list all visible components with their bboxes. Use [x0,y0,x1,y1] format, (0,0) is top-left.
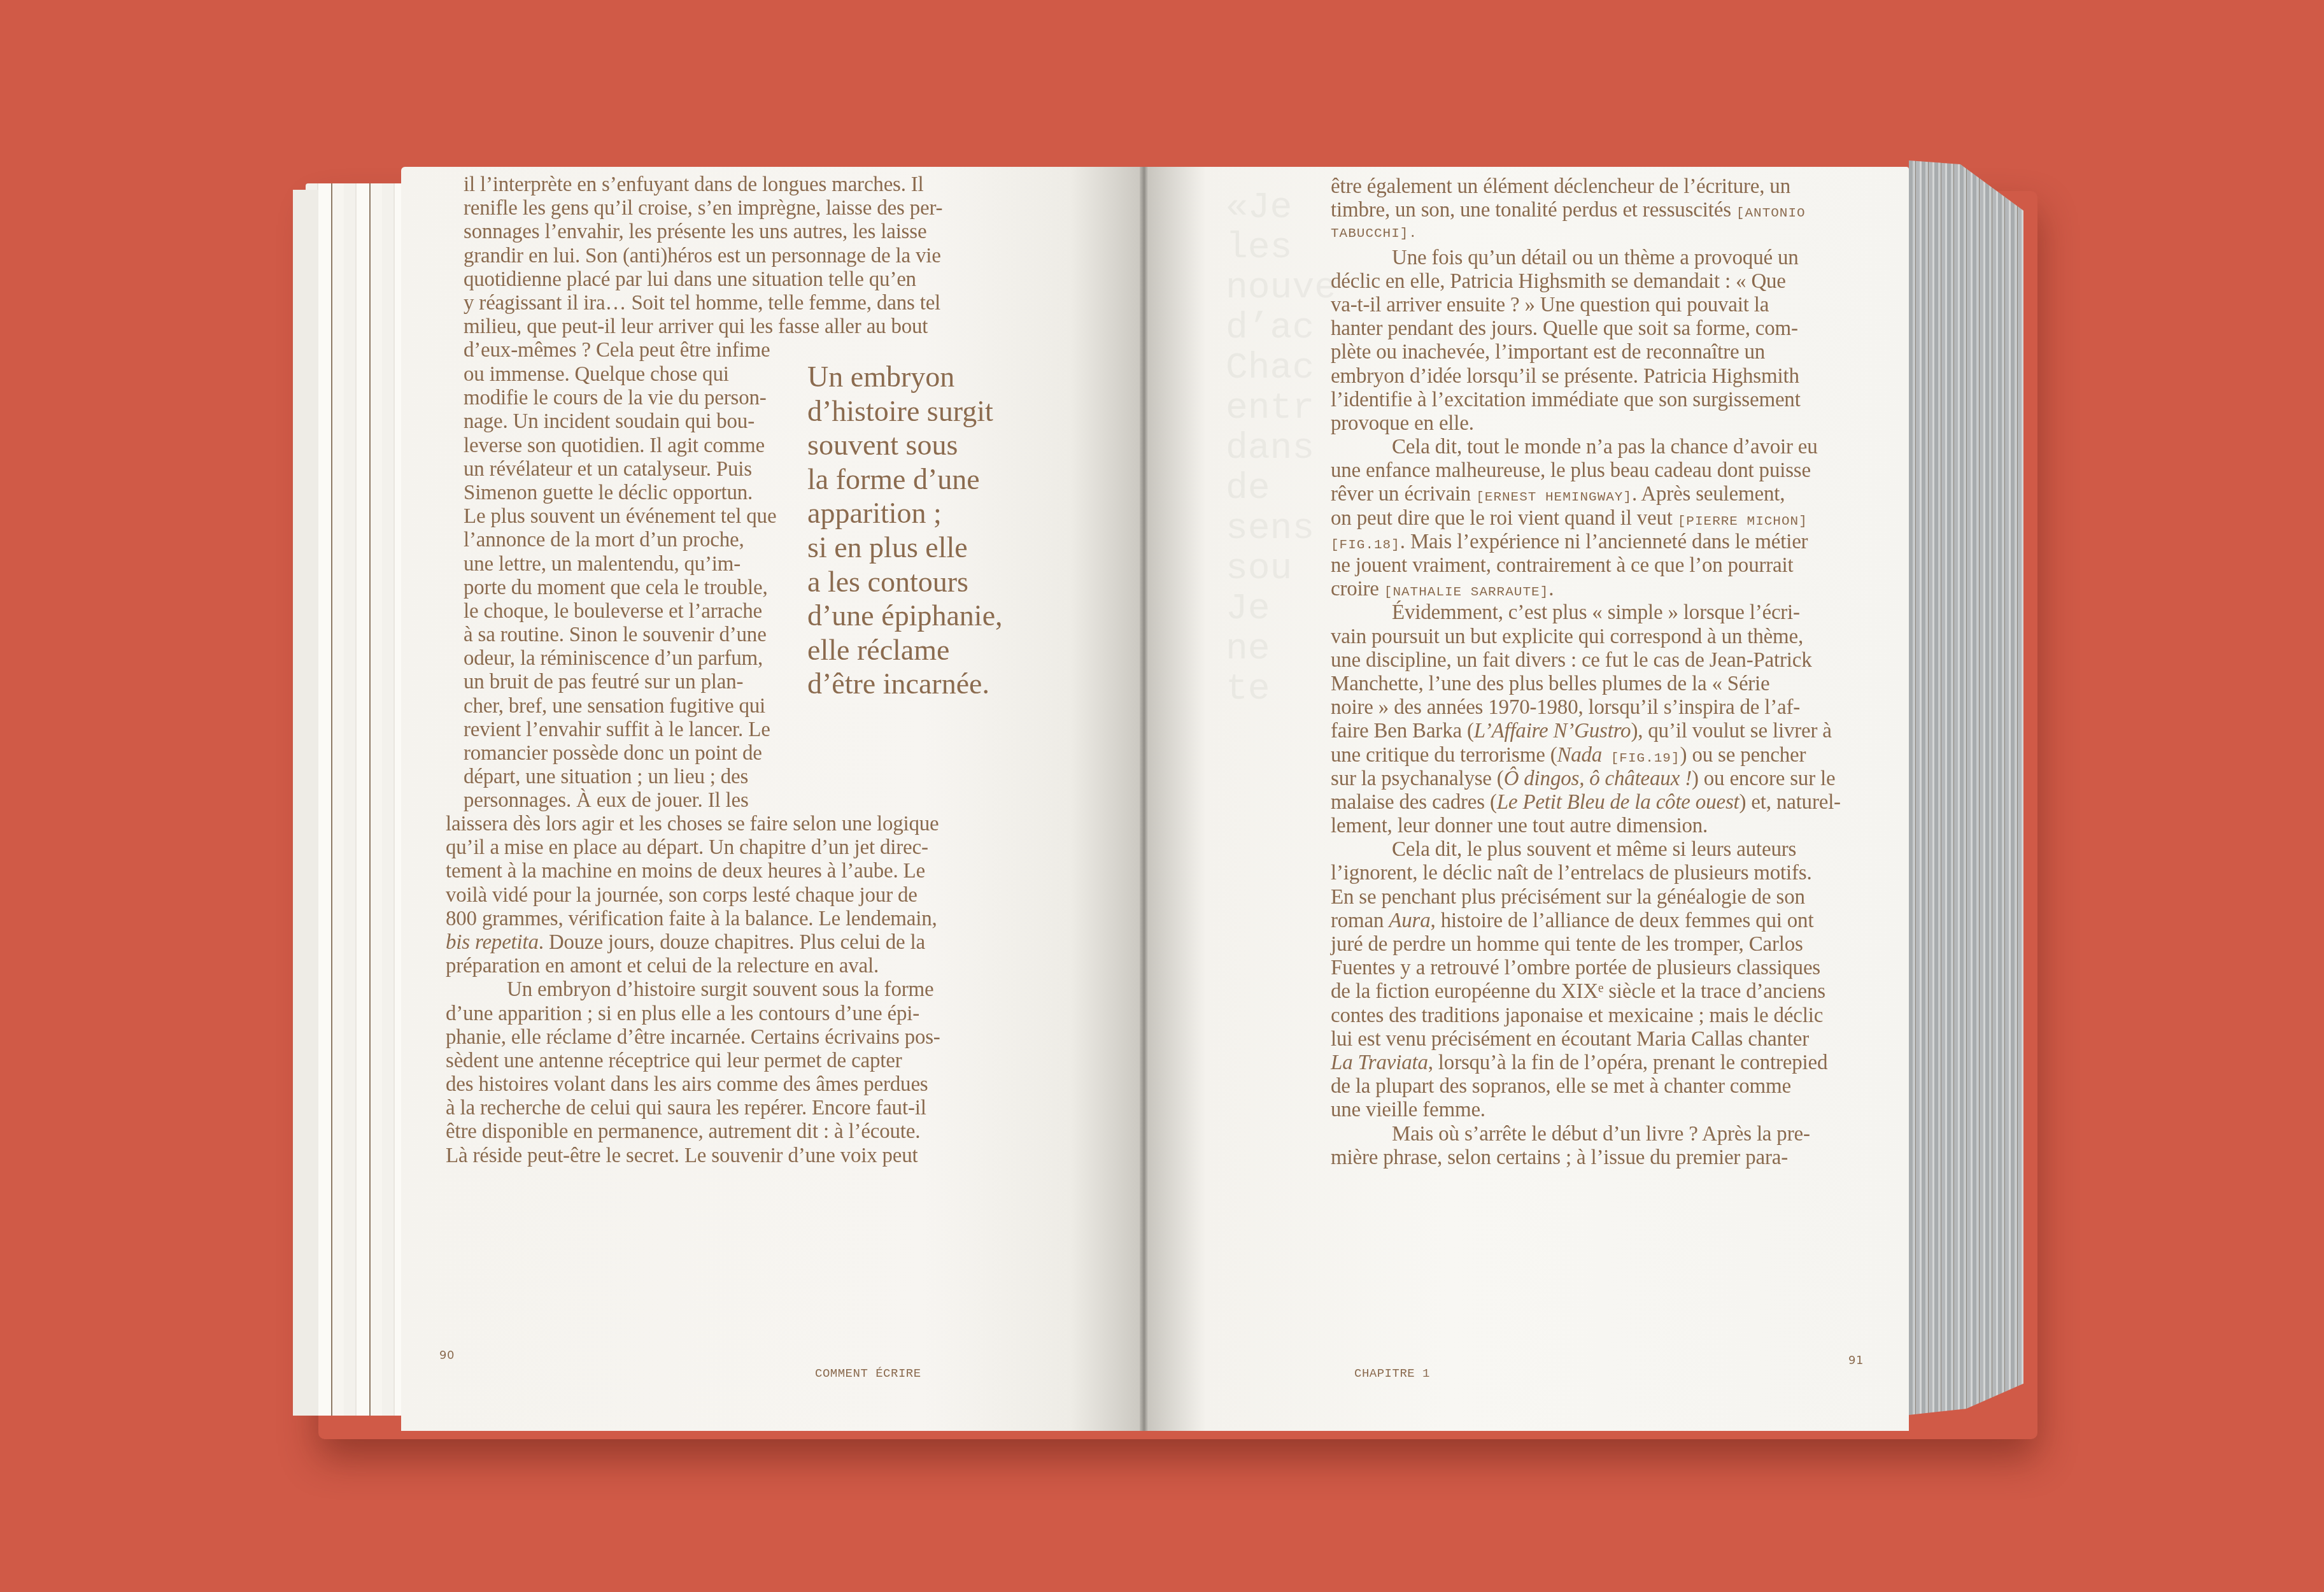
ghost-line: d’ac [1226,308,1336,348]
text-line: laissera dès lors agir et les choses se … [446,813,955,836]
text-line: Évidemment, c’est plus « simple » lorsqu… [1331,601,1840,625]
pull-quote-line: d’être incarnée. [807,667,1062,701]
pull-quote-line: a les contours [807,565,1062,599]
text-line: on peut dire que le roi vient quand il v… [1331,507,1840,530]
text-line: une discipline, un fait divers : ce fut … [1331,649,1840,672]
text-line: ou immense. Quelque chose qui [464,363,807,387]
text-line: une enfance malheureuse, le plus beau ca… [1331,459,1840,483]
text-line: départ, une situation ; un lieu ; des [464,765,807,789]
text-line: de la plupart des sopranos, elle se met … [1331,1075,1840,1098]
text-line: Manchette, l’une des plus belles plumes … [1331,672,1840,696]
text-span: ) ou encore sur le [1692,767,1835,790]
citation: TABUCCHI]. [1331,222,1840,246]
text-line: d’une apparition ; si en plus elle a les… [446,1002,955,1026]
text-line: nage. Un incident soudain qui bou- [464,410,807,434]
text-line: préparation en amont et celui de la rele… [446,955,955,978]
text-line: phanie, elle réclame d’être incarnée. Ce… [446,1026,955,1049]
ghost-line: «Je [1226,188,1336,228]
text-line: ne jouent vraiment, contrairement à ce q… [1331,554,1840,578]
text-line: Cela dit, tout le monde n’a pas la chanc… [1331,436,1840,459]
text-line: porte du moment que cela le trouble, [464,576,807,600]
text-line: grandir en lui. Son (anti)héros est un p… [464,245,967,268]
text-line: faire Ben Barka (L’Affaire N’Gustro), qu… [1331,720,1840,743]
text-line: vain poursuit un but explicite qui corre… [1331,625,1840,649]
text-line: Là réside peut-être le secret. Le souven… [446,1144,955,1168]
text-line: lement, leur donner une tout autre dimen… [1331,814,1840,838]
text-span: on peut dire que le roi vient quand il v… [1331,507,1678,530]
pull-quote-line: elle réclame [807,633,1062,667]
text-span: ) et, naturel- [1739,791,1841,814]
text-span: , histoire de l’alliance de deux femmes … [1431,909,1814,932]
text-line: déclic en elle, Patricia Highsmith se de… [1331,270,1840,294]
text-span: . Douze jours, douze chapitres. Plus cel… [539,931,925,954]
left-paragraph-bottom: laissera dès lors agir et les choses se … [446,813,955,1168]
text-span: faire Ben Barka ( [1331,720,1474,743]
text-line: personnages. À eux de jouer. Il les [464,789,807,813]
text-line: juré de perdre un homme qui tente de les… [1331,933,1840,956]
text-line: à la recherche de celui qui saura les re… [446,1097,955,1120]
pull-quote-line: d’histoire surgit [807,394,1062,429]
text-span: . [1548,578,1554,601]
text-line: [FIG.18]. Mais l’expérience ni l’ancienn… [1331,530,1840,554]
text-line: une vieille femme. [1331,1098,1840,1122]
text-line: un bruit de pas feutré sur un plan- [464,671,807,694]
book-title: Nada [1557,744,1602,767]
text-span: ) ou se pencher [1680,744,1806,767]
left-narrow-column: ou immense. Quelque chose qui modifie le… [464,363,807,813]
text-line: Le plus souvent un événement tel que [464,505,807,529]
text-span: . Mais l’expérience ni l’ancienneté dans… [1400,530,1808,553]
text-line: leverse son quotidien. Il agit comme [464,434,807,458]
citation: [ERNEST HEMINGWAY] [1476,490,1632,505]
text-line: va-t-il arriver ensuite ? » Une question… [1331,294,1840,317]
text-line: sèdent une antenne réceptrice qui leur p… [446,1049,955,1073]
text-span: malaise des cadres ( [1331,791,1497,814]
ghost-line: te [1226,669,1336,709]
running-head-right: CHAPITRE 1 [1354,1367,1430,1381]
ghost-line: sens [1226,509,1336,549]
running-head-left: COMMENT ÉCRIRE [815,1367,921,1381]
ghost-line: Je [1226,589,1336,629]
text-line: mière phrase, selon certains ; à l’issue… [1331,1146,1840,1170]
text-span: croire [1331,578,1384,601]
text-line: il l’interprète en s’enfuyant dans de lo… [464,173,967,197]
text-line: revient l’envahir suffit à le lancer. Le [464,718,807,742]
text-line: de la fiction européenne du XIXᵉ siècle … [1331,980,1840,1004]
text-line: l’identifie à l’excitation immédiate que… [1331,388,1840,412]
book-title: Aura [1389,909,1430,932]
ghost-line: de [1226,469,1336,509]
text-line: roman Aura, histoire de l’alliance de de… [1331,909,1840,933]
text-line: Simenon guette le déclic opportun. [464,481,807,505]
book-title: Ô dingos, ô châteaux ! [1504,767,1692,790]
text-line: modifie le cours de la vie du person- [464,387,807,410]
text-line: des histoires volant dans les airs comme… [446,1073,955,1097]
page-number-left: 90 [439,1349,455,1362]
text-line: Mais où s’arrête le début d’un livre ? A… [1331,1123,1840,1146]
pull-quote-line: souvent sous [807,428,1062,462]
text-line: lui est venu précisément en écoutant Mar… [1331,1028,1840,1051]
text-line: voilà vidé pour la journée, son corps le… [446,884,955,907]
text-line: La Traviata, lorsqu’à la fin de l’opéra,… [1331,1051,1840,1075]
text-line: hanter pendant des jours. Quelle que soi… [1331,317,1840,341]
open-book: il l’interprète en s’enfuyant dans de lo… [0,0,2324,1592]
pull-quote-line: apparition ; [807,496,1062,530]
text-line: milieu, que peut-il leur arriver qui les… [464,315,967,339]
text-span: roman [1331,909,1389,932]
text-line: odeur, la réminiscence d’un parfum, [464,647,807,671]
text-line: croire [NATHALIE SARRAUTE]. [1331,578,1840,601]
text-line: embryon d’idée lorsqu’il se présente. Pa… [1331,365,1840,388]
text-line: y réagissant il ira… Soit tel homme, tel… [464,292,967,315]
text-line: rêver un écrivain [ERNEST HEMINGWAY]. Ap… [1331,483,1840,506]
ghost-line: dans [1226,429,1336,469]
text-line: Fuentes y a retrouvé l’ombre portée de p… [1331,956,1840,980]
text-span: une critique du terrorisme ( [1331,744,1557,767]
citation: [ANTONIO [1736,206,1806,221]
text-line: 800 grammes, vérification faite à la bal… [446,907,955,931]
text-line: romancier possède donc un point de [464,742,807,765]
citation: [PIERRE MICHON] [1678,515,1808,529]
pull-quote-line: d’une épiphanie, [807,599,1062,633]
text-line: tement à la machine en moins de deux heu… [446,860,955,883]
ghost-line: Chac [1226,348,1336,388]
text-span: . Après seulement, [1632,483,1785,506]
text-line: sur la psychanalyse (Ô dingos, ô château… [1331,767,1840,791]
gutter [1140,167,1149,1431]
text-span: sur la psychanalyse ( [1331,767,1504,790]
text-line: sonnages l’envahir, les présente les uns… [464,220,967,244]
text-line: d’eux-mêmes ? Cela peut être infime [464,339,967,362]
pull-quote-line: Un embryon [807,360,1062,394]
ghost-line: sou [1226,549,1336,589]
text-span: timbre, un son, une tonalité perdus et r… [1331,199,1736,222]
text-line: être également un élément déclencheur de… [1331,175,1840,199]
text-line: qu’il a mise en place au départ. Un chap… [446,836,955,860]
text-line: le choque, le bouleverse et l’arrache [464,600,807,623]
text-line: l’ignorent, le déclic naît de l’entrelac… [1331,862,1840,885]
text-line: Cela dit, le plus souvent et même si leu… [1331,838,1840,862]
book-title: Le Petit Bleu de la côte ouest [1497,791,1739,814]
text-line: à sa routine. Sinon le souvenir d’une [464,623,807,647]
ghost-line: les [1226,228,1336,268]
text-line: bis repetita. Douze jours, douze chapitr… [446,931,955,955]
text-line: Une fois qu’un détail ou un thème a prov… [1331,246,1840,270]
ghost-line: ne [1226,629,1336,669]
pull-quote-line: la forme d’une [807,462,1062,497]
book-title: L’Affaire N’Gustro [1474,720,1631,743]
text-line: plète ou inachevée, l’important est de r… [1331,341,1840,364]
text-line: Un embryon d’histoire surgit souvent sou… [446,978,955,1002]
text-line: noire » des années 1970-1980, lorsqu’il … [1331,696,1840,720]
text-span: ), qu’il voulut se livrer à [1631,720,1831,743]
pull-quote-line: si en plus elle [807,530,1062,565]
figure-reference: [FIG.19] [1602,751,1680,766]
figure-reference: [FIG.18] [1331,538,1400,553]
text-line: malaise des cadres (Le Petit Bleu de la … [1331,791,1840,814]
text-line: En se penchant plus précisément sur la g… [1331,886,1840,909]
right-page-text: être également un élément déclencheur de… [1331,175,1840,1170]
text-line: une critique du terrorisme (Nada [FIG.19… [1331,744,1840,767]
ghost-line: entr [1226,388,1336,429]
text-line: un révélateur et un catalyseur. Puis [464,458,807,481]
left-paragraph-top: il l’interprète en s’enfuyant dans de lo… [464,173,967,363]
page-number-right: 91 [1848,1354,1864,1367]
ghost-line: nouve [1226,268,1336,308]
italic-phrase: bis repetita [446,931,539,954]
text-line: contes des traditions japonaise et mexic… [1331,1004,1840,1028]
pull-quote: Un embryon d’histoire surgit souvent sou… [807,360,1062,701]
book-title: La Traviata [1331,1051,1428,1074]
show-through-text: «Je les nouve d’ac Chac entr dans de sen… [1226,188,1336,709]
text-line: l’annonce de la mort d’un proche, [464,529,807,552]
text-line: renifle les gens qu’il croise, s’en impr… [464,197,967,220]
citation: [NATHALIE SARRAUTE] [1384,585,1548,600]
text-line: cher, bref, une sensation fugitive qui [464,695,807,718]
text-line: être disponible en permanence, autrement… [446,1120,955,1144]
text-line: quotidienne placé par lui dans une situa… [464,268,967,292]
text-line: timbre, un son, une tonalité perdus et r… [1331,199,1840,222]
text-line: une lettre, un malentendu, qu’im- [464,553,807,576]
text-line: provoque en elle. [1331,412,1840,436]
text-span: rêver un écrivain [1331,483,1476,506]
text-span: , lorsqu’à la fin de l’opéra, prenant le… [1428,1051,1828,1074]
right-page-block-edge [1909,160,2023,1415]
